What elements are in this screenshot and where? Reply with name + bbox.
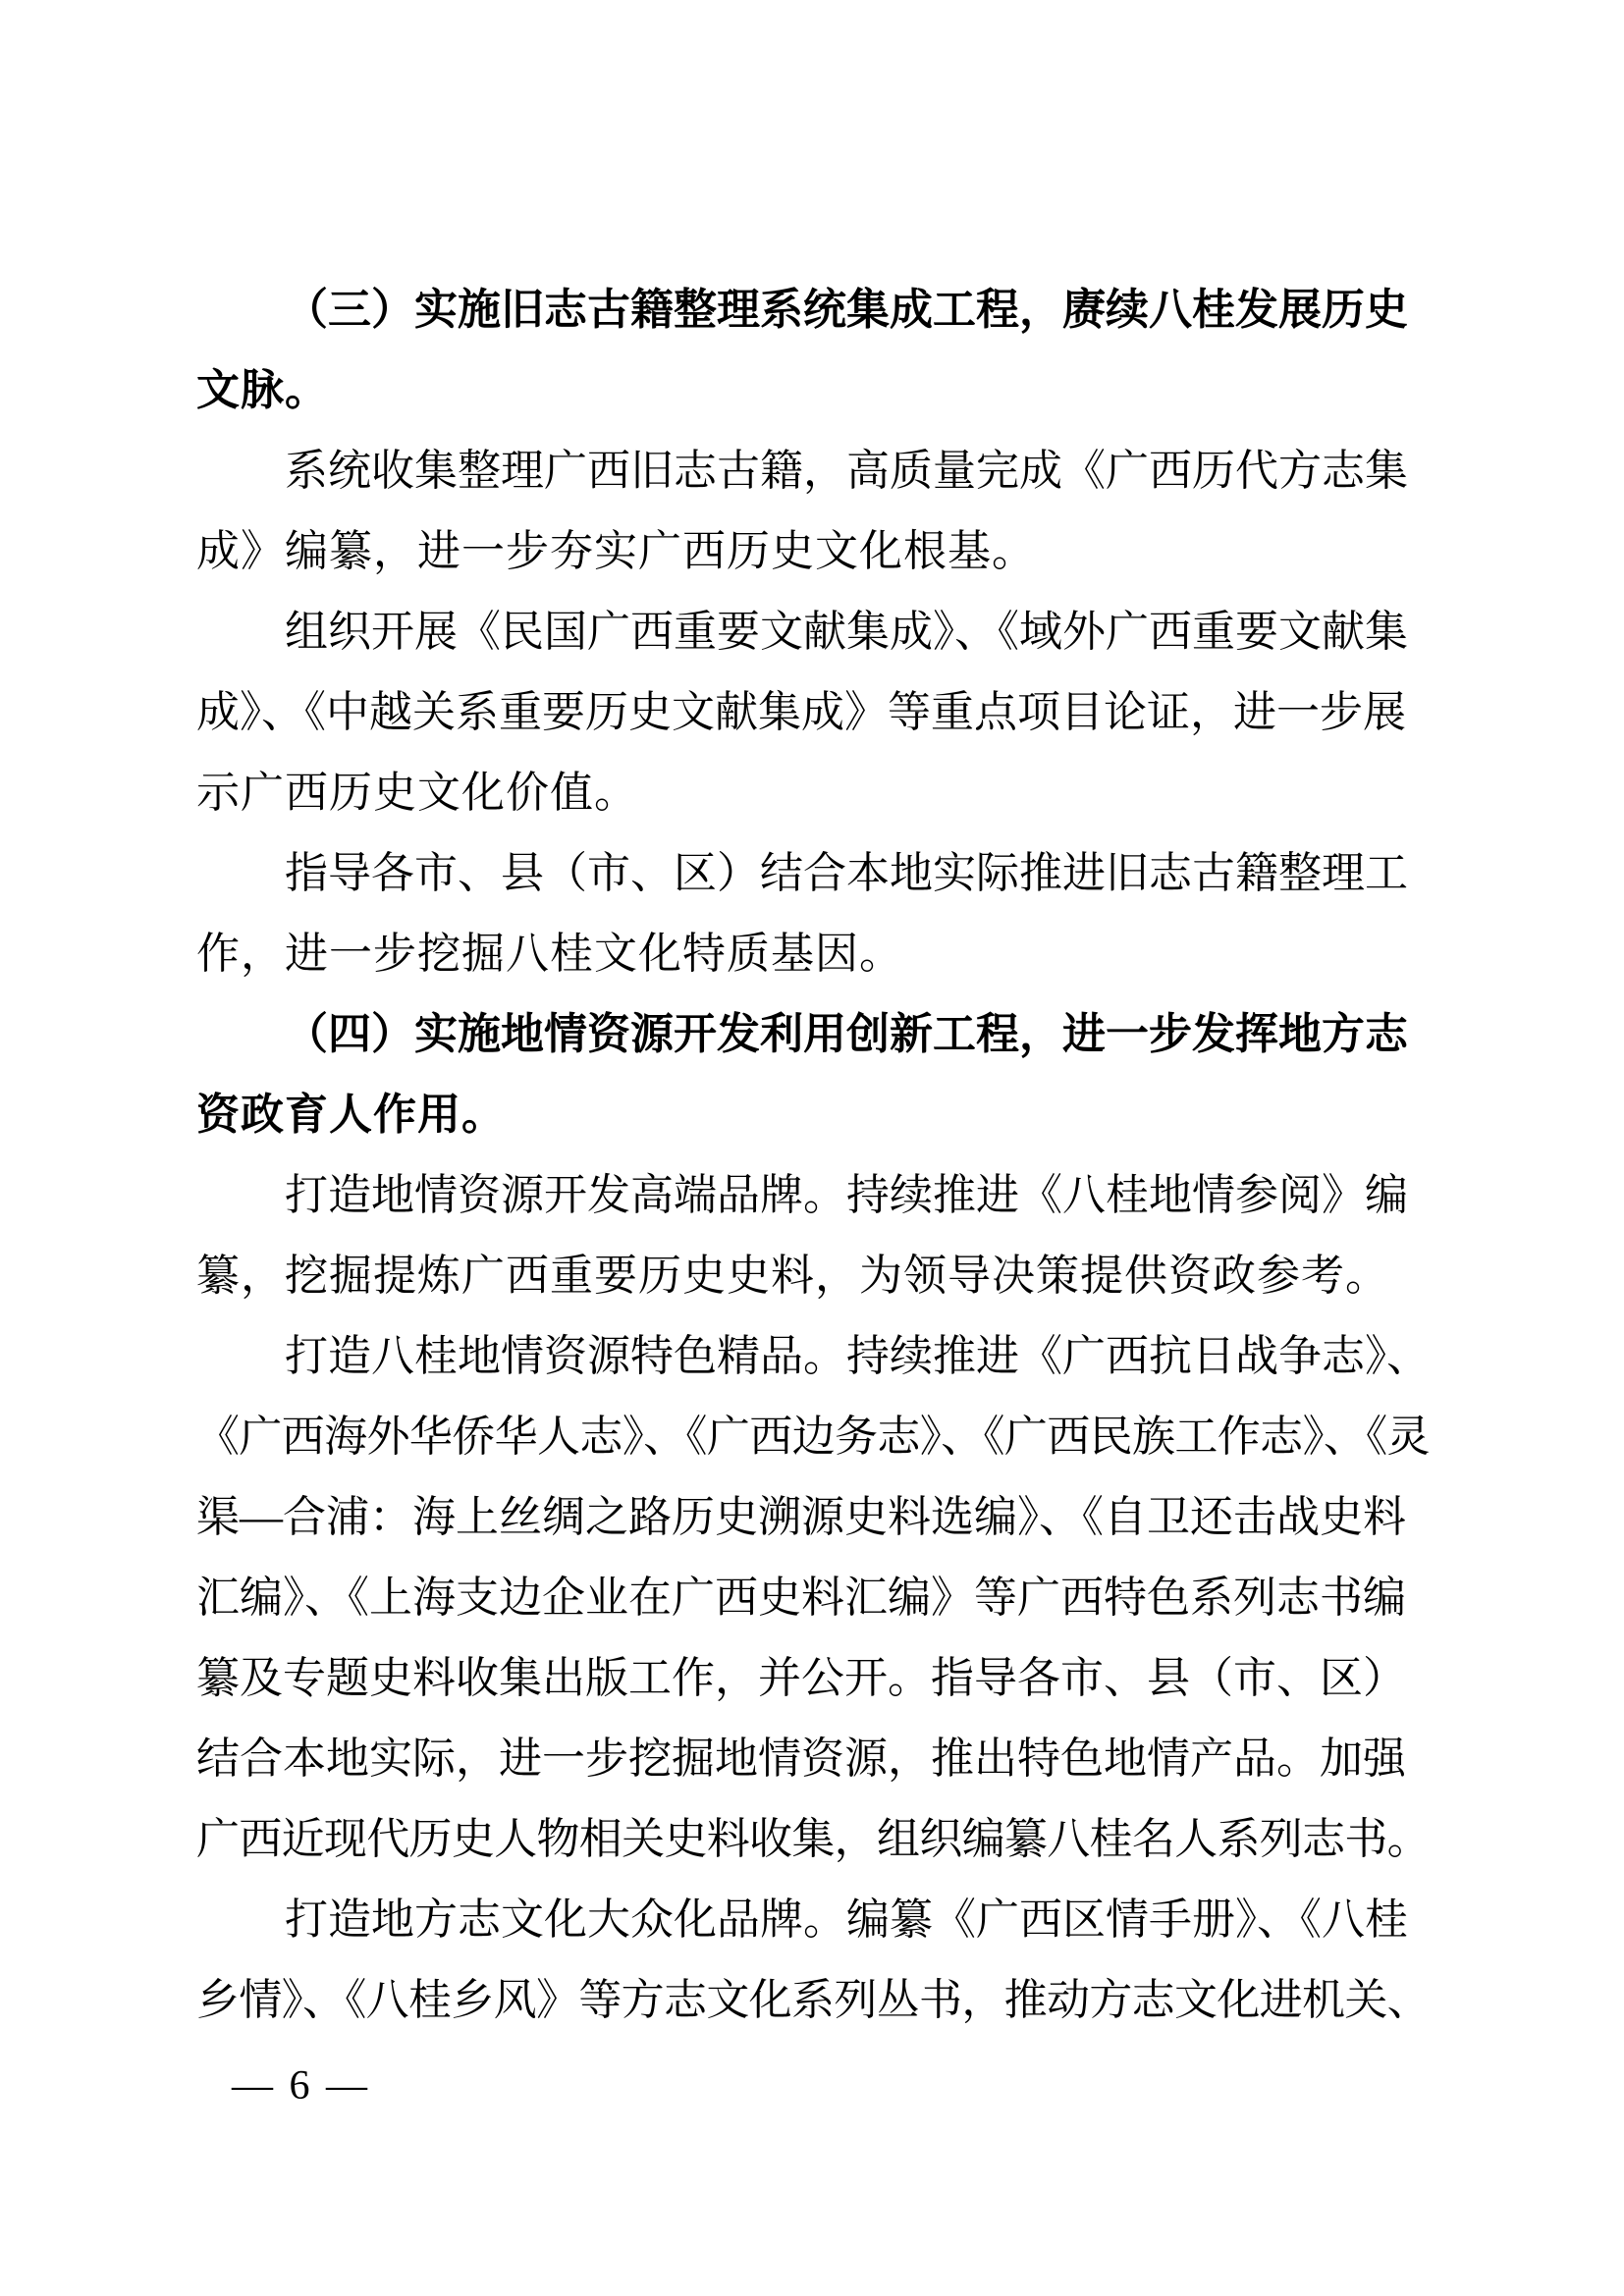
- text-line: 渠—合浦：海上丝绸之路历史溯源史料选编》、《自卫还击战史料: [196, 1477, 1430, 1558]
- text-line: 乡情》、《八桂乡风》等方志文化系列丛书，推动方志文化进机关、: [196, 1960, 1430, 2041]
- text-line: 资政育人作用。: [196, 1075, 1430, 1155]
- text-line: 作，进一步挖掘八桂文化特质基因。: [196, 914, 1430, 994]
- text-line: 广西近现代历史人物相关史料收集，组织编纂八桂名人系列志书。: [196, 1799, 1430, 1880]
- text-line: 指导各市、县（市、区）结合本地实际推进旧志古籍整理工: [196, 833, 1430, 914]
- text-line: 纂及专题史料收集出版工作，并公开。指导各市、县（市、区）: [196, 1638, 1430, 1719]
- text-line: 《广西海外华侨华人志》、《广西边务志》、《广西民族工作志》、《灵: [196, 1397, 1430, 1477]
- text-line: 打造地方志文化大众化品牌。编纂《广西区情手册》、《八桂: [196, 1880, 1430, 1960]
- text-line: 纂，挖掘提炼广西重要历史史料，为领导决策提供资政参考。: [196, 1236, 1430, 1316]
- text-line: 成》编纂，进一步夯实广西历史文化根基。: [196, 511, 1430, 592]
- document-body: （三）实施旧志古籍整理系统集成工程，赓续八桂发展历史文脉。系统收集整理广西旧志古…: [196, 270, 1430, 2041]
- text-line: 示广西历史文化价值。: [196, 753, 1430, 833]
- text-line: （四）实施地情资源开发利用创新工程，进一步发挥地方志: [196, 994, 1430, 1075]
- text-line: 成》、《中越关系重要历史文献集成》等重点项目论证，进一步展: [196, 672, 1430, 753]
- text-line: 文脉。: [196, 350, 1430, 431]
- text-line: 打造地情资源开发高端品牌。持续推进《八桂地情参阅》编: [196, 1155, 1430, 1236]
- page-number: — 6 —: [232, 2064, 370, 2108]
- text-line: 系统收集整理广西旧志古籍，高质量完成《广西历代方志集: [196, 431, 1430, 511]
- text-line: （三）实施旧志古籍整理系统集成工程，赓续八桂发展历史: [196, 270, 1430, 350]
- text-line: 汇编》、《上海支边企业在广西史料汇编》等广西特色系列志书编: [196, 1558, 1430, 1638]
- text-line: 打造八桂地情资源特色精品。持续推进《广西抗日战争志》、: [196, 1316, 1430, 1397]
- text-line: 结合本地实际，进一步挖掘地情资源，推出特色地情产品。加强: [196, 1719, 1430, 1799]
- document-page: { "page": { "background": "#ffffff", "te…: [0, 0, 1624, 2296]
- text-line: 组织开展《民国广西重要文献集成》、《域外广西重要文献集: [196, 592, 1430, 672]
